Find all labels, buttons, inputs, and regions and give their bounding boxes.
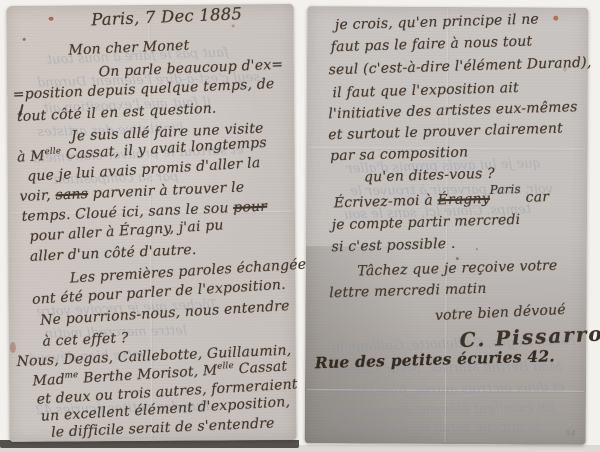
- salutation: Mon cher Monet: [68, 39, 190, 59]
- superscript-text: Paris: [489, 182, 521, 197]
- superscript-text: me: [64, 370, 78, 381]
- foxing-stain: [23, 38, 26, 41]
- struck-word: pour: [233, 199, 268, 216]
- handwritten-line: Écrivez-moi à ÉragnyParis car: [334, 190, 550, 212]
- superscript-text: elle: [44, 146, 61, 157]
- handwritten-line: si c'est possible .: [331, 237, 455, 256]
- struck-word: sans: [55, 186, 88, 203]
- text-segment: je crois, qu'en principe il ne: [335, 11, 539, 33]
- superscript-text: elle: [217, 361, 234, 372]
- text-segment: Tâchez que je reçoive votre: [357, 258, 557, 280]
- text-segment: Écrivez-moi à: [334, 192, 438, 211]
- date-line: Paris, 7 Dec 1885: [91, 5, 243, 29]
- handwritten-line: lettre mercredi matin: [329, 282, 487, 302]
- text-segment: l'initiative des artistes eux-mêmes: [328, 99, 578, 122]
- letter-page-2: 54 que je lui avais promis d'allervoir, …: [305, 6, 589, 445]
- text-segment: par sa composition: [330, 144, 469, 164]
- text-segment: Cassat: [234, 358, 288, 377]
- text-segment: Mad: [32, 372, 65, 390]
- foxing-stain: [49, 17, 54, 21]
- handwritten-line: Tâchez que je reçoive votre: [357, 259, 557, 280]
- struck-word: Éragny: [437, 191, 490, 209]
- text-segment: votre bien dévoué: [435, 302, 566, 324]
- handwritten-line: seul (c'est-à-dire l'élément Durand),: [328, 56, 591, 79]
- letter-page-1: faut pas le faire à nous toutseul c'est-…: [6, 4, 296, 442]
- text-segment: car: [521, 189, 550, 206]
- text-segment: Mon cher Monet: [68, 38, 190, 59]
- text-segment: tout côté il en est question.: [17, 101, 217, 125]
- text-segment: Paris, 7 Dec 1885: [91, 4, 243, 29]
- text-segment: si c'est possible .: [331, 236, 455, 256]
- text-segment: à M: [17, 148, 46, 166]
- text-segment: qu'en dites-vous ?: [364, 166, 495, 186]
- handwritten-line: faut pas le faire à nous tout: [331, 34, 533, 55]
- handwritten-line: aller d'un côté d'autre.: [30, 243, 197, 265]
- text-segment: voir,: [19, 187, 56, 204]
- handwritten-line: =position depuis quelque temps, de: [13, 77, 275, 103]
- handwritten-line: votre bien dévoué: [435, 303, 566, 324]
- bleedthrough-text: le difficile serait de s'entendre: [339, 420, 540, 437]
- text-segment: à cet effet ?: [42, 330, 129, 350]
- page-number-mark: 54: [566, 429, 576, 438]
- foxing-stain: [10, 342, 16, 353]
- text-segment: lettre mercredi matin: [329, 281, 487, 302]
- text-segment: faut pas le faire à nous tout: [331, 33, 533, 55]
- text-segment: seul (c'est-à-dire l'élément Durand),: [328, 55, 591, 79]
- handwritten-line: je crois, qu'en principe il ne: [335, 12, 539, 33]
- handwritten-line: qu'en dites-vous ?: [364, 167, 495, 186]
- handwritten-line: je compte partir mercredi: [332, 213, 521, 234]
- text-segment: parvenir à trouver le: [88, 180, 245, 203]
- handwritten-line: l'initiative des artistes eux-mêmes: [328, 100, 578, 123]
- text-segment: Rue des petites écuries 42.: [315, 346, 556, 372]
- text-segment: =position depuis quelque temps, de: [12, 76, 274, 103]
- ink-speck: [476, 248, 478, 250]
- handwritten-line: il faut que l'exposition ait: [332, 81, 519, 102]
- text-segment: il faut que l'exposition ait: [332, 80, 519, 101]
- foxing-stain: [553, 16, 558, 21]
- bleedthrough-text: un excellent élément d'exposition: [333, 400, 555, 421]
- text-segment: et surtout le prouver clairement: [328, 121, 563, 144]
- foxing-stain: [232, 24, 235, 27]
- text-segment: je compte partir mercredi: [331, 212, 520, 233]
- text-segment: aller d'un côté d'autre.: [30, 242, 197, 265]
- handwritten-line: à cet effet ?: [42, 331, 129, 350]
- handwritten-line: tout côté il en est question.: [17, 102, 217, 126]
- letter-photograph: faut pas le faire à nous toutseul c'est-…: [0, 0, 600, 452]
- address-line: Rue des petites écuries 42.: [315, 347, 556, 371]
